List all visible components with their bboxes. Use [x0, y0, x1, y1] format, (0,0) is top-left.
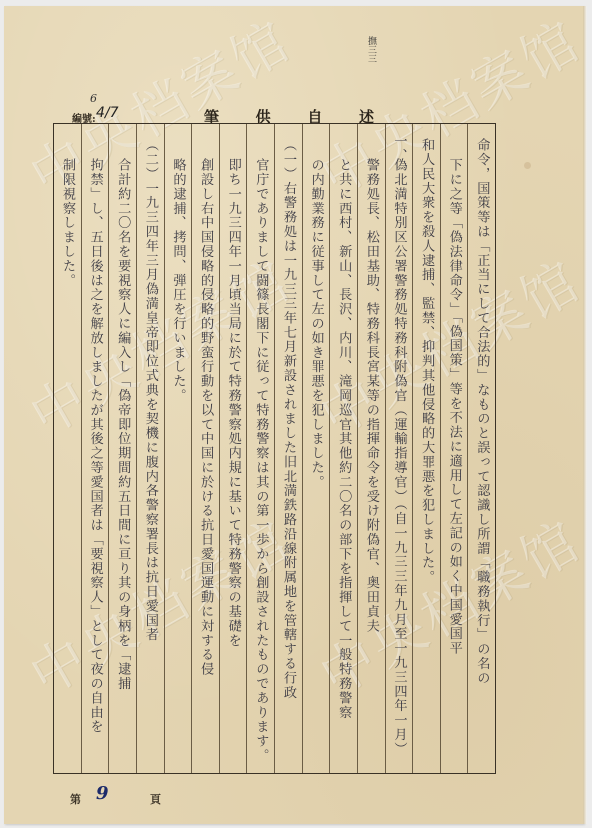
column-text: 創設し右中国侵略的侵略的野蛮行動を以て中国に於ける抗日愛国運動に対する侵 — [199, 158, 212, 676]
manuscript-column: 官庁でありまして闘篠長閣下に従って特務警察は其の第一歩から創設されたものでありま… — [246, 124, 274, 773]
manuscript-column: 下に之等「偽法律命令」「偽国策」等を不法に適用して左記の如く中国愛国平 — [440, 124, 468, 773]
number-value: 4/7 — [96, 105, 119, 121]
manuscript-column: 警務処長、松田基助、特務科長宮某等の指揮命令を受け附偽官、奥田貞夫 — [357, 124, 385, 773]
manuscript-column: と共に西村、新山、長沢、内川、滝岡巡官其他約二〇名の部下を指揮して一般特務警察 — [329, 124, 357, 773]
paper-stain — [524, 162, 531, 169]
manuscript-column: 拘禁」し、五日後は之を解放しましたが其後之等愛国者は「要視察人」として夜の自由を — [81, 124, 109, 773]
column-text: 下に之等「偽法律命令」「偽国策」等を不法に適用して左記の如く中国愛国平 — [447, 158, 460, 655]
manuscript-page: 中央档案馆 中央档案馆 中央档案馆 中央档案馆 中央档案馆 中央档案馆 撫三三 … — [4, 6, 584, 824]
page-number: 9 — [96, 783, 109, 804]
page-label-prefix: 第 — [70, 791, 81, 807]
column-text: 略的逮捕、拷問、弾圧を行いました。 — [171, 158, 184, 403]
column-text: 命令，国策等は「正当にして合法的」なものと誤って認識し所謂「職務執行」の名の — [475, 138, 488, 685]
manuscript-column: （二）一九三四年三月偽満皇帝即位式典を契機に腹内各警察署長は抗日愛国者 — [136, 124, 164, 773]
manuscript-column: 和人民大衆を殺人逮捕、監禁、抑判其他侵略的大罪悪を犯しました。 — [412, 124, 440, 773]
manuscript-column: 一、偽北満特別区公署警務処特務科附偽官（運輸指導官）（自一九三三年九月至一九三四… — [385, 124, 413, 773]
page-label-suffix: 頁 — [150, 791, 161, 807]
manuscript-column: 創設し右中国侵略的侵略的野蛮行動を以て中国に於ける抗日愛国運動に対する侵 — [191, 124, 219, 773]
column-text: 官庁でありまして闘篠長閣下に従って特務警察は其の第一歩から創設されたものでありま… — [254, 158, 267, 763]
column-text: 和人民大衆を殺人逮捕、監禁、抑判其他侵略的大罪悪を犯しました。 — [420, 138, 433, 584]
column-text: 即ち一九三四年一月頃当局に於て特務警察処内規に基いて特務警察の基礎を — [226, 158, 239, 648]
column-text: 警務処長、松田基助、特務科長宮某等の指揮命令を受け附偽官、奥田貞夫 — [365, 158, 378, 633]
manuscript-column: 合計約二〇名を要視察人に編入し「偽帝即位期間約五日間に亘り其の身柄を「逮捕 — [108, 124, 136, 773]
column-text: 合計約二〇名を要視察人に編入し「偽帝即位期間約五日間に亘り其の身柄を「逮捕 — [116, 158, 129, 691]
number-superscript: 6 — [90, 92, 97, 105]
column-text: の内勤業務に従事して左の如き罪悪を犯しました。 — [309, 158, 322, 489]
column-text: 制限視察しました。 — [61, 158, 74, 288]
manuscript-column: の内勤業務に従事して左の如き罪悪を犯しました。 — [302, 124, 330, 773]
top-annotation: 撫三三 — [364, 36, 378, 63]
manuscript-column: 命令，国策等は「正当にして合法的」なものと誤って認識し所謂「職務執行」の名の — [467, 124, 495, 773]
column-text: 偽北満特別区公署警務処特務科附偽官（運輸指導官）（自一九三三年九月至一九三四年一… — [392, 158, 405, 756]
column-text: と共に西村、新山、長沢、内川、滝岡巡官其他約二〇名の部下を指揮して一般特務警察 — [337, 158, 350, 720]
manuscript-column: 即ち一九三四年一月頃当局に於て特務警察処内規に基いて特務警察の基礎を — [219, 124, 247, 773]
column-text: 拘禁」し、五日後は之を解放しましたが其後之等愛国者は「要視察人」として夜の自由を — [88, 158, 101, 734]
manuscript-column: 制限視察しました。 — [54, 124, 81, 773]
manuscript-grid: 命令，国策等は「正当にして合法的」なものと誤って認識し所謂「職務執行」の名の下に… — [53, 123, 496, 774]
manuscript-column: （一）右警務処は一九三三年七月新設されました旧北満鉄路沿線附属地を管轄する行政 — [274, 124, 302, 773]
column-text: （一）右警務処は一九三三年七月新設されました旧北満鉄路沿線附属地を管轄する行政 — [282, 138, 295, 700]
column-text: （二）一九三四年三月偽満皇帝即位式典を契機に腹内各警察署長は抗日愛国者 — [144, 138, 157, 642]
manuscript-column: 略的逮捕、拷問、弾圧を行いました。 — [164, 124, 192, 773]
page-edge — [583, 6, 587, 824]
